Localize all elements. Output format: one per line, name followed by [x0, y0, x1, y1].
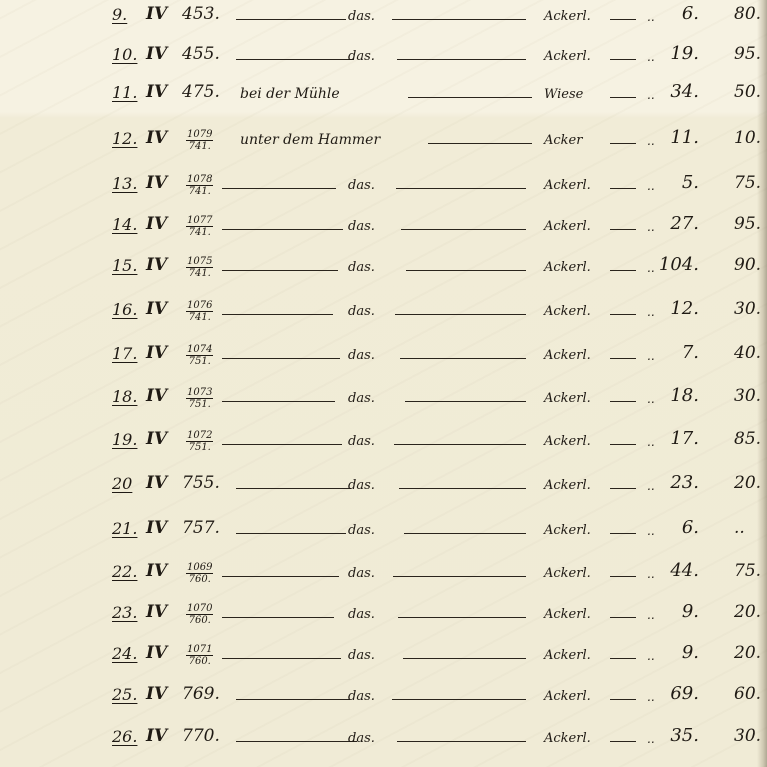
parcel-fraction: 1069760. [186, 562, 213, 585]
separator-dash [610, 576, 636, 577]
flur-numeral: IV [146, 429, 167, 449]
blank-mark: .. [647, 220, 655, 234]
parcel-numerator: 1071 [186, 644, 213, 656]
amount-value: 104. [659, 254, 699, 275]
fill-line [406, 270, 526, 271]
flur-numeral: IV [146, 561, 167, 581]
ditto-mark: das. [348, 566, 375, 581]
blank-mark: .. [647, 435, 655, 449]
ledger-row: 20IV755.das.Ackerl...23.20. [0, 469, 767, 499]
flur-numeral: IV [146, 602, 167, 622]
amount-value: 19. [670, 43, 699, 64]
ditto-mark: das. [348, 348, 375, 363]
parcel-numerator: 1076 [186, 300, 213, 312]
amount-value: 5. [682, 172, 699, 193]
entry-number: 18. [112, 387, 137, 406]
ledger-row: 25.IV769.das.Ackerl...69.60. [0, 680, 767, 710]
blank-mark: .. [647, 649, 655, 663]
parcel-denominator: 751. [189, 399, 211, 410]
ledger-row: 17.IV1074751.das.Ackerl...7.40. [0, 339, 767, 369]
land-use-text: Ackerl. [544, 178, 591, 193]
land-use-text: Ackerl. [544, 9, 591, 24]
separator-dash [610, 617, 636, 618]
separator-dash [610, 358, 636, 359]
parcel-denominator: 741. [189, 141, 211, 152]
entry-number: 10. [112, 45, 137, 64]
fill-line [392, 19, 526, 20]
amount-fraction: 95. [734, 44, 761, 64]
fill-line [222, 314, 333, 315]
blank-mark: .. [647, 524, 655, 538]
blank-mark: .. [647, 732, 655, 746]
location-text: unter dem Hammer [240, 132, 380, 148]
ditto-mark: das. [348, 607, 375, 622]
ledger-page: 9.IV453.das.Ackerl...6.80.10.IV455.das.A… [0, 0, 767, 767]
amount-value: 9. [682, 642, 699, 663]
separator-dash [610, 533, 636, 534]
land-use-text: Ackerl. [544, 391, 591, 406]
flur-numeral: IV [146, 343, 167, 363]
amount-value: 23. [670, 472, 699, 493]
ditto-mark: das. [348, 391, 375, 406]
amount-fraction: 85. [734, 429, 761, 449]
flur-numeral: IV [146, 128, 167, 148]
fill-line [222, 229, 343, 230]
fill-line [428, 143, 532, 144]
fill-line [222, 617, 334, 618]
entry-number: 9. [112, 5, 127, 24]
flur-numeral: IV [146, 255, 167, 275]
land-use-text: Ackerl. [544, 434, 591, 449]
fill-line [408, 97, 532, 98]
amount-fraction: 30. [734, 386, 761, 406]
land-use-text: Ackerl. [544, 348, 591, 363]
parcel-fraction: 1072751. [186, 430, 213, 453]
location-text: bei der Mühle [240, 86, 340, 102]
separator-dash [610, 488, 636, 489]
entry-number: 15. [112, 256, 137, 275]
separator-dash [610, 658, 636, 659]
ledger-row: 10.IV455.das.Ackerl...19.95. [0, 40, 767, 70]
fill-line [236, 488, 351, 489]
separator-dash [610, 699, 636, 700]
blank-mark: .. [647, 50, 655, 64]
amount-value: 27. [670, 213, 699, 234]
land-use-text: Ackerl. [544, 304, 591, 319]
fill-line [397, 59, 526, 60]
parcel-denominator: 760. [189, 574, 211, 585]
fill-line [400, 358, 526, 359]
blank-mark: .. [647, 690, 655, 704]
entry-number: 21. [112, 519, 137, 538]
ditto-mark: das. [348, 178, 375, 193]
entry-number: 23. [112, 603, 137, 622]
flur-numeral: IV [146, 44, 167, 64]
flur-numeral: IV [146, 214, 167, 234]
amount-fraction: 80. [734, 4, 761, 24]
blank-mark: .. [647, 179, 655, 193]
parcel-fraction: 1073751. [186, 387, 213, 410]
ledger-row: 24.IV1071760.das.Ackerl...9.20. [0, 639, 767, 669]
separator-dash [610, 19, 636, 20]
amount-value: 9. [682, 601, 699, 622]
blank-mark: .. [647, 392, 655, 406]
flur-numeral: IV [146, 726, 167, 746]
amount-value: 44. [670, 560, 699, 581]
parcel-denominator: 760. [189, 615, 211, 626]
fill-line [222, 658, 341, 659]
parcel-numerator: 1069 [186, 562, 213, 574]
blank-mark: .. [647, 10, 655, 24]
separator-dash [610, 270, 636, 271]
fill-line [393, 576, 526, 577]
entry-number: 14. [112, 215, 137, 234]
entry-number: 17. [112, 344, 137, 363]
separator-dash [610, 188, 636, 189]
blank-mark: .. [647, 479, 655, 493]
amount-fraction: 75. [734, 173, 761, 193]
parcel-fraction: 1070760. [186, 603, 213, 626]
ditto-mark: das. [348, 731, 375, 746]
parcel-number: 755. [182, 473, 220, 493]
flur-numeral: IV [146, 518, 167, 538]
amount-value: 35. [670, 725, 699, 746]
separator-dash [610, 401, 636, 402]
fill-line [404, 533, 526, 534]
flur-numeral: IV [146, 173, 167, 193]
fill-line [222, 358, 340, 359]
flur-numeral: IV [146, 386, 167, 406]
separator-dash [610, 97, 636, 98]
land-use-text: Ackerl. [544, 478, 591, 493]
parcel-fraction: 1079741. [186, 129, 213, 152]
amount-fraction: 20. [734, 473, 761, 493]
ledger-row: 14.IV1077741.das.Ackerl...27.95. [0, 210, 767, 240]
ledger-row: 26.IV770.das.Ackerl...35.30. [0, 722, 767, 752]
parcel-number: 770. [182, 726, 220, 746]
entry-number: 19. [112, 430, 137, 449]
fill-line [236, 533, 346, 534]
fill-line [395, 314, 526, 315]
amount-fraction: 50. [734, 82, 761, 102]
ledger-row: 19.IV1072751.das.Ackerl...17.85. [0, 425, 767, 455]
blank-mark: .. [647, 608, 655, 622]
parcel-numerator: 1072 [186, 430, 213, 442]
ledger-row: 21.IV757.das.Ackerl...6... [0, 514, 767, 544]
amount-fraction: 90. [734, 255, 761, 275]
parcel-numerator: 1077 [186, 215, 213, 227]
fill-line [392, 699, 526, 700]
parcel-denominator: 760. [189, 656, 211, 667]
amount-fraction: 95. [734, 214, 761, 234]
parcel-denominator: 751. [189, 442, 211, 453]
fill-line [236, 59, 353, 60]
blank-mark: .. [647, 134, 655, 148]
entry-number: 22. [112, 562, 137, 581]
parcel-denominator: 741. [189, 268, 211, 279]
land-use-text: Ackerl. [544, 607, 591, 622]
amount-fraction: 20. [734, 602, 761, 622]
ledger-row: 22.IV1069760.das.Ackerl...44.75. [0, 557, 767, 587]
parcel-denominator: 751. [189, 356, 211, 367]
fill-line [236, 19, 346, 20]
separator-dash [610, 314, 636, 315]
entry-number: 24. [112, 644, 137, 663]
amount-fraction: 30. [734, 726, 761, 746]
flur-numeral: IV [146, 684, 167, 704]
fill-line [397, 741, 526, 742]
amount-value: 6. [682, 517, 699, 538]
amount-value: 11. [670, 127, 699, 148]
land-use-text: Ackerl. [544, 49, 591, 64]
ditto-mark: das. [348, 9, 375, 24]
parcel-fraction: 1071760. [186, 644, 213, 667]
flur-numeral: IV [146, 643, 167, 663]
flur-numeral: IV [146, 82, 167, 102]
land-use-text: Ackerl. [544, 523, 591, 538]
parcel-denominator: 741. [189, 186, 211, 197]
entry-number: 11. [112, 83, 137, 102]
amount-value: 12. [670, 298, 699, 319]
ditto-mark: das. [348, 689, 375, 704]
ledger-row: 18.IV1073751.das.Ackerl...18.30. [0, 382, 767, 412]
blank-mark: .. [647, 349, 655, 363]
amount-fraction: .. [734, 518, 745, 538]
fill-line [399, 488, 526, 489]
ledger-row: 13.IV1078741.das.Ackerl...5.75. [0, 169, 767, 199]
ditto-mark: das. [348, 219, 375, 234]
flur-numeral: IV [146, 473, 167, 493]
ditto-mark: das. [348, 648, 375, 663]
ledger-row: 11.IV475.bei der MühleWiese..34.50. [0, 78, 767, 108]
fill-line [222, 401, 335, 402]
amount-value: 17. [670, 428, 699, 449]
parcel-number: 475. [182, 82, 220, 102]
fill-line [405, 401, 526, 402]
ditto-mark: das. [348, 478, 375, 493]
land-use-text: Ackerl. [544, 566, 591, 581]
parcel-fraction: 1078741. [186, 174, 213, 197]
parcel-number: 757. [182, 518, 220, 538]
amount-value: 7. [682, 342, 699, 363]
flur-numeral: IV [146, 299, 167, 319]
parcel-numerator: 1078 [186, 174, 213, 186]
land-use-text: Ackerl. [544, 731, 591, 746]
entry-number: 25. [112, 685, 137, 704]
amount-value: 69. [670, 683, 699, 704]
amount-fraction: 30. [734, 299, 761, 319]
ledger-row: 16.IV1076741.das.Ackerl...12.30. [0, 295, 767, 325]
parcel-fraction: 1074751. [186, 344, 213, 367]
amount-value: 6. [682, 3, 699, 24]
entry-number: 16. [112, 300, 137, 319]
entry-number: 13. [112, 174, 137, 193]
parcel-number: 769. [182, 684, 220, 704]
fill-line [222, 444, 342, 445]
fill-line [403, 658, 526, 659]
amount-fraction: 20. [734, 643, 761, 663]
fill-line [401, 229, 526, 230]
ledger-row: 12.IV1079741.unter dem HammerAcker..11.1… [0, 124, 767, 154]
blank-mark: .. [647, 567, 655, 581]
amount-fraction: 75. [734, 561, 761, 581]
ditto-mark: das. [348, 49, 375, 64]
parcel-fraction: 1075741. [186, 256, 213, 279]
ditto-mark: das. [348, 304, 375, 319]
fill-line [398, 617, 526, 618]
parcel-fraction: 1077741. [186, 215, 213, 238]
parcel-numerator: 1074 [186, 344, 213, 356]
blank-mark: .. [647, 261, 655, 275]
land-use-text: Acker [544, 133, 582, 148]
parcel-number: 455. [182, 44, 220, 64]
amount-fraction: 60. [734, 684, 761, 704]
entry-number: 20 [112, 474, 132, 493]
separator-dash [610, 229, 636, 230]
land-use-text: Ackerl. [544, 260, 591, 275]
amount-value: 18. [670, 385, 699, 406]
separator-dash [610, 741, 636, 742]
fill-line [222, 576, 339, 577]
entry-number: 26. [112, 727, 137, 746]
amount-fraction: 40. [734, 343, 761, 363]
land-use-text: Wiese [544, 87, 583, 102]
fill-line [222, 188, 336, 189]
land-use-text: Ackerl. [544, 689, 591, 704]
blank-mark: .. [647, 305, 655, 319]
land-use-text: Ackerl. [544, 648, 591, 663]
separator-dash [610, 444, 636, 445]
separator-dash [610, 59, 636, 60]
amount-fraction: 10. [734, 128, 761, 148]
blank-mark: .. [647, 88, 655, 102]
ditto-mark: das. [348, 260, 375, 275]
parcel-denominator: 741. [189, 312, 211, 323]
parcel-denominator: 741. [189, 227, 211, 238]
land-use-text: Ackerl. [544, 219, 591, 234]
ledger-row: 15.IV1075741.das.Ackerl...104.90. [0, 251, 767, 281]
ditto-mark: das. [348, 523, 375, 538]
ledger-row: 9.IV453.das.Ackerl...6.80. [0, 0, 767, 30]
ledger-row: 23.IV1070760.das.Ackerl...9.20. [0, 598, 767, 628]
fill-line [236, 699, 350, 700]
parcel-numerator: 1073 [186, 387, 213, 399]
entry-number: 12. [112, 129, 137, 148]
parcel-fraction: 1076741. [186, 300, 213, 323]
separator-dash [610, 143, 636, 144]
flur-numeral: IV [146, 4, 167, 24]
ditto-mark: das. [348, 434, 375, 449]
fill-line [394, 444, 526, 445]
fill-line [396, 188, 526, 189]
fill-line [222, 270, 338, 271]
parcel-numerator: 1079 [186, 129, 213, 141]
parcel-number: 453. [182, 4, 220, 24]
fill-line [236, 741, 357, 742]
amount-value: 34. [670, 81, 699, 102]
parcel-numerator: 1070 [186, 603, 213, 615]
parcel-numerator: 1075 [186, 256, 213, 268]
